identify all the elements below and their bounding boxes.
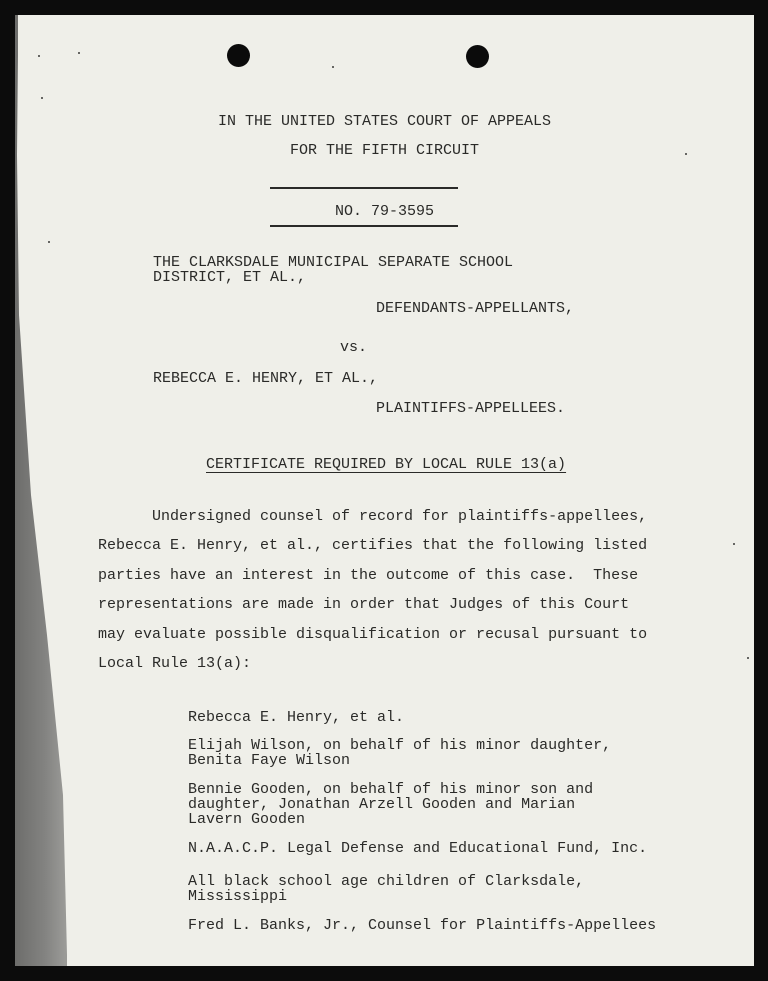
body-line: may evaluate possible disqualification o… — [98, 627, 647, 642]
paper-speck — [332, 66, 334, 68]
appellants-role: DEFENDANTS-APPELLANTS, — [376, 301, 574, 316]
case-number-rule-top — [270, 187, 458, 189]
paper-speck — [747, 657, 749, 659]
paper-speck — [38, 55, 40, 57]
party-line: Fred L. Banks, Jr., Counsel for Plaintif… — [188, 917, 656, 934]
paper-speck — [733, 543, 735, 545]
body-line: parties have an interest in the outcome … — [98, 568, 638, 583]
party-line: N.A.A.C.P. Legal Defense and Educational… — [188, 840, 647, 857]
appellees-name: REBECCA E. HENRY, ET AL., — [153, 371, 378, 386]
court-circuit: FOR THE FIFTH CIRCUIT — [15, 143, 754, 158]
party-item: Fred L. Banks, Jr., Counsel for Plaintif… — [152, 903, 656, 948]
appellants-name-line1: THE CLARKSDALE MUNICIPAL SEPARATE SCHOOL — [153, 255, 513, 270]
case-number: NO. 79-3595 — [15, 204, 754, 219]
punch-hole-left — [227, 44, 250, 67]
body-line: Undersigned counsel of record for plaint… — [152, 509, 647, 524]
appellants-name-line2: DISTRICT, ET AL., — [153, 270, 306, 285]
paper-speck — [48, 241, 50, 243]
court-name: IN THE UNITED STATES COURT OF APPEALS — [15, 114, 754, 129]
certificate-title: CERTIFICATE REQUIRED BY LOCAL RULE 13(a) — [206, 457, 566, 472]
versus: vs. — [340, 340, 367, 355]
appellees-role: PLAINTIFFS-APPELLEES. — [376, 401, 565, 416]
document-page: IN THE UNITED STATES COURT OF APPEALS FO… — [15, 15, 754, 966]
punch-hole-right — [466, 45, 489, 68]
paper-speck — [78, 52, 80, 54]
body-line: Local Rule 13(a): — [98, 656, 251, 671]
case-number-rule-bottom — [270, 225, 458, 227]
body-line: representations are made in order that J… — [98, 597, 629, 612]
paper-speck — [41, 97, 43, 99]
body-line: Rebecca E. Henry, et al., certifies that… — [98, 538, 647, 553]
